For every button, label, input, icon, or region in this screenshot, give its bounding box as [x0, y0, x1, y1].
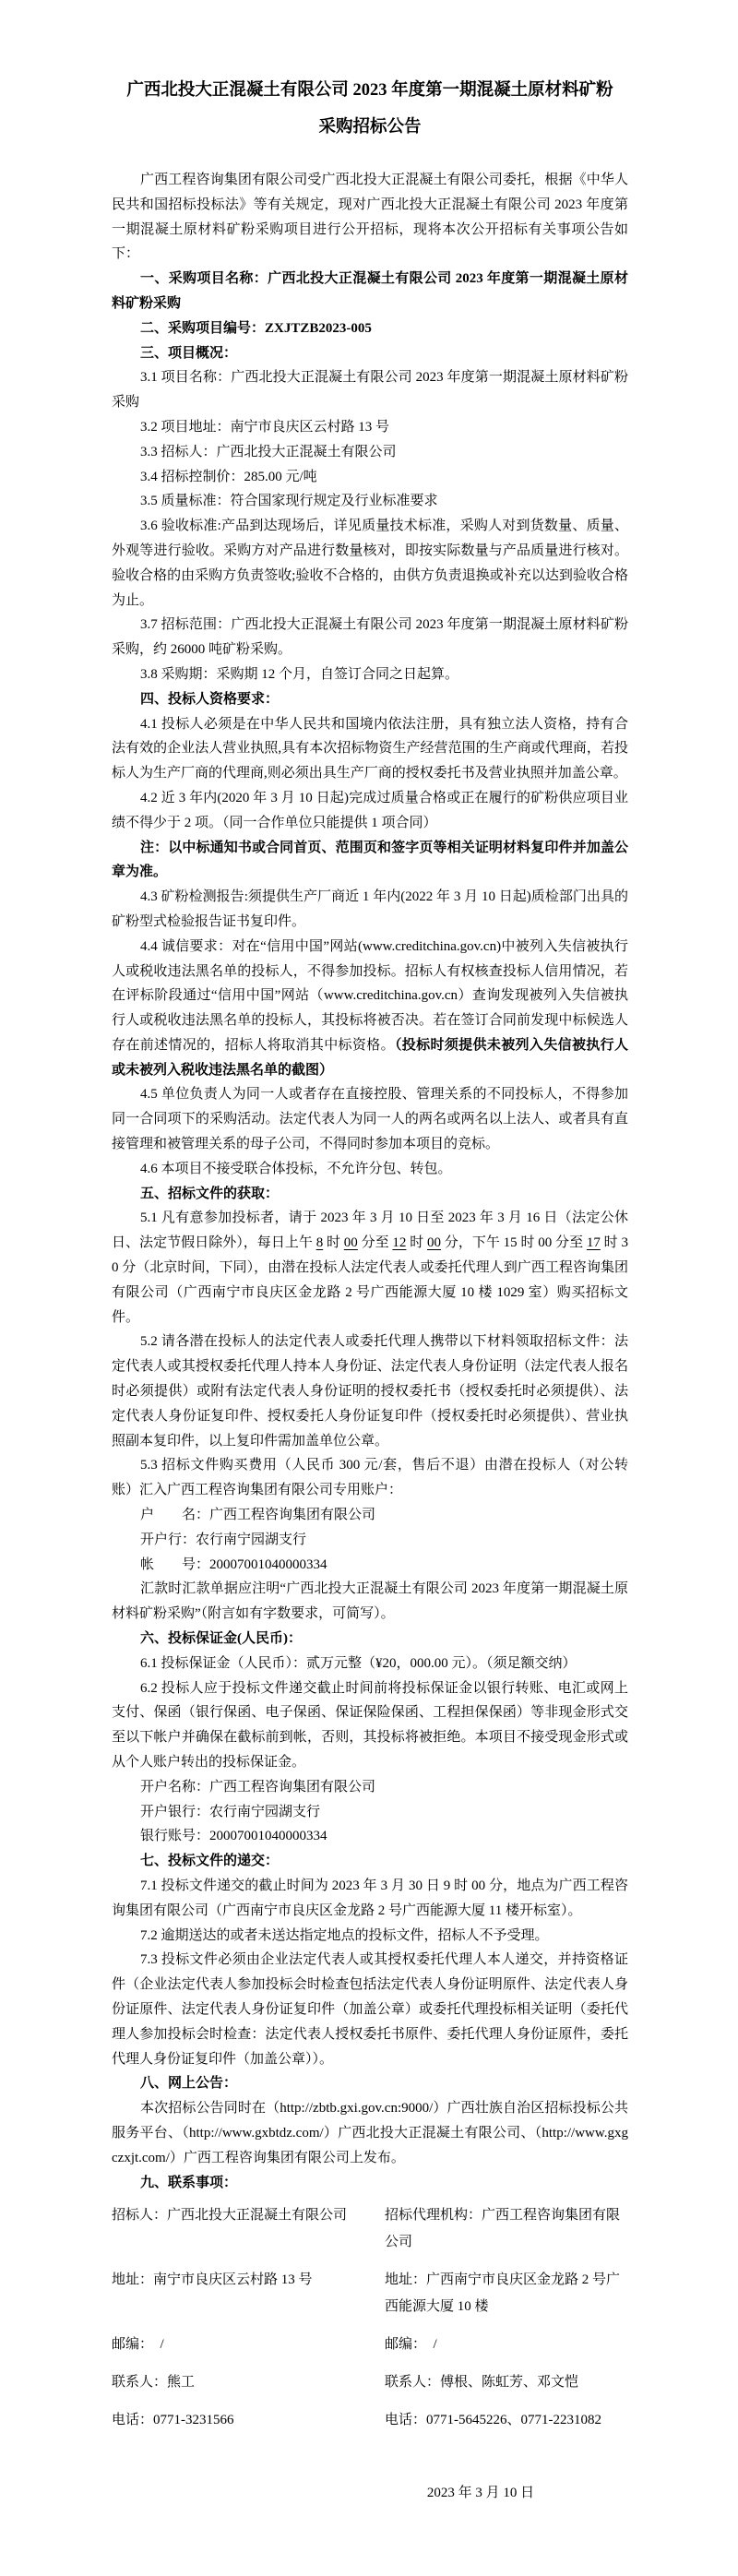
underlined-text: 12: [392, 1235, 406, 1250]
text-run: 6.1 投标保证金（人民币）：贰万元整（¥20，000.00 元）。（须足额交纳…: [140, 1656, 577, 1671]
section-heading: 三、项目概况：: [112, 341, 628, 366]
document-content: 广西北投大正混凝土有限公司 2023 年度第一期混凝土原材料矿粉 采购招标公告 …: [0, 0, 738, 2501]
paragraph: 3.4 招标控制价：285.00 元/吨: [112, 465, 628, 490]
paragraph: 6.2 投标人应于投标文件递交截止时间前将投标保证金以银行转账、电汇或网上支付、…: [112, 1676, 628, 1775]
text-run: 九、联系事项：: [140, 2176, 237, 2190]
text-run: 7.1 投标文件递交的截止时间为 2023 年 3 月 30 日 9 时 00 …: [112, 1878, 628, 1918]
paragraph: 4.1 投标人必须是在中华人民共和国境内依法注册，具有独立法人资格，持有合法有效…: [112, 712, 628, 786]
section-heading: 四、投标人资格要求：: [112, 687, 628, 712]
text-run: 四、投标人资格要求：: [140, 692, 279, 707]
section-heading: 八、网上公告：: [112, 2071, 628, 2096]
text-run: 3.1 项目名称：广西北投大正混凝土有限公司 2023 年度第一期混凝土原材料矿…: [112, 370, 628, 410]
paragraph: 开户行：农行南宁园湖支行: [112, 1528, 628, 1553]
contact-right-cell: 地址：广西南宁市良庆区金龙路 2 号广西能源大厦 10 楼: [385, 2267, 628, 2320]
paragraph: 4.5 单位负责人为同一人或者存在直接控股、管理关系的不同投标人，不得参加同一合…: [112, 1082, 628, 1156]
paragraph: 开户名称：广西工程咨询集团有限公司: [112, 1775, 628, 1800]
underlined-text: 00: [427, 1235, 441, 1250]
text-run: 4.5 单位负责人为同一人或者存在直接控股、管理关系的不同投标人，不得参加同一合…: [112, 1087, 628, 1151]
text-run: 4.6 本项目不接受联合体投标，不允许分包、转包。: [140, 1162, 452, 1176]
section-heading: 九、联系事项：: [112, 2171, 628, 2196]
paragraph: 3.3 招标人：广西北投大正混凝土有限公司: [112, 440, 628, 465]
contact-row: 联系人：熊工联系人：傅根、陈虹芳、邓文恺: [112, 2369, 628, 2396]
section-heading: 二、采购项目编号：ZXJTZB2023-005: [112, 316, 628, 341]
paragraph: 3.6 验收标准:产品到达现场后，详见质量技术标准，采购人对到货数量、质量、外观…: [112, 514, 628, 613]
text-run: 五、招标文件的获取：: [140, 1187, 279, 1201]
text-run: 本次招标公告同时在（http://zbtb.gxi.gov.cn:9000/）广…: [112, 2101, 628, 2165]
underlined-text: 00: [344, 1235, 358, 1250]
contact-left-cell: 邮编： /: [112, 2332, 385, 2358]
paragraph: 3.8 采购期：采购期 12 个月，自签订合同之日起算。: [112, 662, 628, 687]
page-title-line1: 广西北投大正混凝土有限公司 2023 年度第一期混凝土原材料矿粉: [112, 72, 628, 109]
text-run: 一、采购项目名称：广西北投大正混凝土有限公司 2023 年度第一期混凝土原材料矿…: [112, 271, 628, 311]
contact-right-cell: 联系人：傅根、陈虹芳、邓文恺: [385, 2369, 628, 2396]
contact-row: 邮编： /邮编： /: [112, 2332, 628, 2358]
paragraph: 5.2 请各潜在投标人的法定代表人或委托代理人携带以下材料领取招标文件：法定代表…: [112, 1330, 628, 1453]
paragraph: 户 名：广西工程咨询集团有限公司: [112, 1503, 628, 1528]
contact-row: 招标人：广西北投大正混凝土有限公司招标代理机构：广西工程咨询集团有限公司: [112, 2202, 628, 2256]
paragraph: 5.3 招标文件购买费用（人民币 300 元/套，售后不退）由潜在投标人（对公转…: [112, 1453, 628, 1503]
text-run: 5.3 招标文件购买费用（人民币 300 元/套，售后不退）由潜在投标人（对公转…: [112, 1458, 628, 1497]
paragraph: 本次招标公告同时在（http://zbtb.gxi.gov.cn:9000/）广…: [112, 2096, 628, 2170]
paragraph: 广西工程咨询集团有限公司受广西北投大正混凝土有限公司委托，根据《中华人民共和国招…: [112, 168, 628, 267]
text-run: 二、采购项目编号：ZXJTZB2023-005: [140, 321, 372, 336]
paragraph: 开户银行：农行南宁园湖支行: [112, 1800, 628, 1825]
contact-left-cell: 招标人：广西北投大正混凝土有限公司: [112, 2202, 385, 2256]
paragraph: 7.2 逾期送达的或者未送达指定地点的投标文件，招标人不予受理。: [112, 1924, 628, 1949]
text-run: 3.3 招标人：广西北投大正混凝土有限公司: [140, 445, 397, 459]
contact-left-cell: 地址：南宁市良庆区云村路 13 号: [112, 2267, 385, 2320]
text-run: 开户银行：农行南宁园湖支行: [140, 1805, 320, 1819]
contact-table: 招标人：广西北投大正混凝土有限公司招标代理机构：广西工程咨询集团有限公司地址：南…: [112, 2202, 628, 2434]
page-title: 广西北投大正混凝土有限公司 2023 年度第一期混凝土原材料矿粉 采购招标公告: [112, 72, 628, 146]
paragraph: 帐 号：20007001040000334: [112, 1553, 628, 1578]
contact-right-cell: 邮编： /: [385, 2332, 628, 2358]
text-run: 开户行：农行南宁园湖支行: [140, 1532, 306, 1547]
contact-left-cell: 联系人：熊工: [112, 2369, 385, 2396]
paragraph: 3.7 招标范围：广西北投大正混凝土有限公司 2023 年度第一期混凝土原材料矿…: [112, 613, 628, 662]
section-heading: 五、招标文件的获取：: [112, 1182, 628, 1207]
text-run: 七、投标文件的递交：: [140, 1854, 279, 1868]
paragraph: 4.6 本项目不接受联合体投标，不允许分包、转包。: [112, 1157, 628, 1182]
contact-right-cell: 招标代理机构：广西工程咨询集团有限公司: [385, 2202, 628, 2256]
section-heading: 七、投标文件的递交：: [112, 1849, 628, 1874]
text-run: 分，下午 15 时 00 分至: [441, 1235, 587, 1250]
text-run: 八、网上公告：: [140, 2076, 237, 2091]
paragraph: 银行账号：20007001040000334: [112, 1824, 628, 1849]
text-run: 3.6 验收标准:产品到达现场后，详见质量技术标准，采购人对到货数量、质量、外观…: [112, 519, 628, 607]
contact-left-cell: 电话：0771-3231566: [112, 2407, 385, 2434]
text-run: 广西工程咨询集团有限公司受广西北投大正混凝土有限公司委托，根据《中华人民共和国招…: [112, 173, 628, 261]
text-run: 分至: [358, 1235, 393, 1250]
text-run: 六、投标保证金(人民币)：: [140, 1631, 302, 1646]
text-run: 4.4 诚信要求：对在“信用中国”网站(www.creditchina.gov.…: [112, 939, 628, 1053]
text-run: 4.3 矿粉检测报告:须提供生产厂商近 1 年内(2022 年 3 月 10 日…: [112, 889, 628, 929]
paragraph: 3.5 质量标准：符合国家现行规定及行业标准要求: [112, 489, 628, 514]
text-run: 3.7 招标范围：广西北投大正混凝土有限公司 2023 年度第一期混凝土原材料矿…: [112, 617, 628, 657]
paragraph: 7.1 投标文件递交的截止时间为 2023 年 3 月 30 日 9 时 00 …: [112, 1874, 628, 1924]
text-run: 4.1 投标人必须是在中华人民共和国境内依法注册，具有独立法人资格，持有合法有效…: [112, 717, 628, 781]
text-run: 三、项目概况：: [140, 346, 237, 361]
text-run: 5.2 请各潜在投标人的法定代表人或委托代理人携带以下材料领取招标文件：法定代表…: [112, 1334, 628, 1448]
text-run: 7.2 逾期送达的或者未送达指定地点的投标文件，招标人不予受理。: [140, 1928, 549, 1943]
section-heading: 六、投标保证金(人民币)：: [112, 1627, 628, 1652]
contact-right-cell: 电话：0771-5645226、0771-2231082: [385, 2407, 628, 2434]
text-run: 3.2 项目地址：南宁市良庆区云村路 13 号: [140, 420, 389, 435]
text-run: 7.3 投标文件必须由企业法定代表人或其授权委托代理人本人递交，并持资格证件（企…: [112, 1952, 628, 2066]
underlined-text: 17: [587, 1235, 601, 1250]
document-body: 广西工程咨询集团有限公司受广西北投大正混凝土有限公司委托，根据《中华人民共和国招…: [112, 168, 628, 2195]
text-run: 汇款时汇款单据应注明“广西北投大正混凝土有限公司 2023 年度第一期混凝土原材…: [112, 1581, 628, 1621]
paragraph: 3.1 项目名称：广西北投大正混凝土有限公司 2023 年度第一期混凝土原材料矿…: [112, 365, 628, 415]
text-run: 时: [323, 1235, 344, 1250]
page-title-line2: 采购招标公告: [112, 109, 628, 146]
text-run: 注：以中标通知书或合同首页、范围页和签字页等相关证明材料复印件并加盖公章为准。: [112, 841, 628, 880]
paragraph: 汇款时汇款单据应注明“广西北投大正混凝土有限公司 2023 年度第一期混凝土原材…: [112, 1577, 628, 1627]
paragraph: 7.3 投标文件必须由企业法定代表人或其授权委托代理人本人递交，并持资格证件（企…: [112, 1948, 628, 2071]
text-run: 4.2 近 3 年内(2020 年 3 月 10 日起)完成过质量合格或正在履行…: [112, 791, 628, 830]
text-run: 户 名：广西工程咨询集团有限公司: [140, 1508, 375, 1522]
text-run: 3.8 采购期：采购期 12 个月，自签订合同之日起算。: [140, 667, 458, 682]
paragraph: 4.3 矿粉检测报告:须提供生产厂商近 1 年内(2022 年 3 月 10 日…: [112, 885, 628, 935]
text-run: 3.4 招标控制价：285.00 元/吨: [140, 470, 317, 484]
text-run: 开户名称：广西工程咨询集团有限公司: [140, 1780, 375, 1795]
paragraph: 4.4 诚信要求：对在“信用中国”网站(www.creditchina.gov.…: [112, 935, 628, 1083]
text-run: 银行账号：20007001040000334: [140, 1829, 327, 1843]
document-date: 2023 年 3 月 10 日: [112, 2482, 628, 2501]
section-heading: 一、采购项目名称：广西北投大正混凝土有限公司 2023 年度第一期混凝土原材料矿…: [112, 267, 628, 316]
text-run: 3.5 质量标准：符合国家现行规定及行业标准要求: [140, 494, 438, 508]
text-run: 6.2 投标人应于投标文件递交截止时间前将投标保证金以银行转账、电汇或网上支付、…: [112, 1681, 628, 1770]
section-heading: 注：以中标通知书或合同首页、范围页和签字页等相关证明材料复印件并加盖公章为准。: [112, 836, 628, 886]
document-page: 广西北投大正混凝土有限公司 2023 年度第一期混凝土原材料矿粉 采购招标公告 …: [0, 0, 738, 2576]
paragraph: 5.1 凡有意参加投标者，请于 2023 年 3 月 10 日至 2023 年 …: [112, 1206, 628, 1330]
text-run: 时: [406, 1235, 427, 1250]
contact-row: 地址：南宁市良庆区云村路 13 号地址：广西南宁市良庆区金龙路 2 号广西能源大…: [112, 2267, 628, 2320]
paragraph: 6.1 投标保证金（人民币）：贰万元整（¥20，000.00 元）。（须足额交纳…: [112, 1652, 628, 1676]
contact-row: 电话：0771-3231566电话：0771-5645226、0771-2231…: [112, 2407, 628, 2434]
text-run: 帐 号：20007001040000334: [140, 1557, 327, 1572]
paragraph: 3.2 项目地址：南宁市良庆区云村路 13 号: [112, 415, 628, 440]
paragraph: 4.2 近 3 年内(2020 年 3 月 10 日起)完成过质量合格或正在履行…: [112, 786, 628, 836]
